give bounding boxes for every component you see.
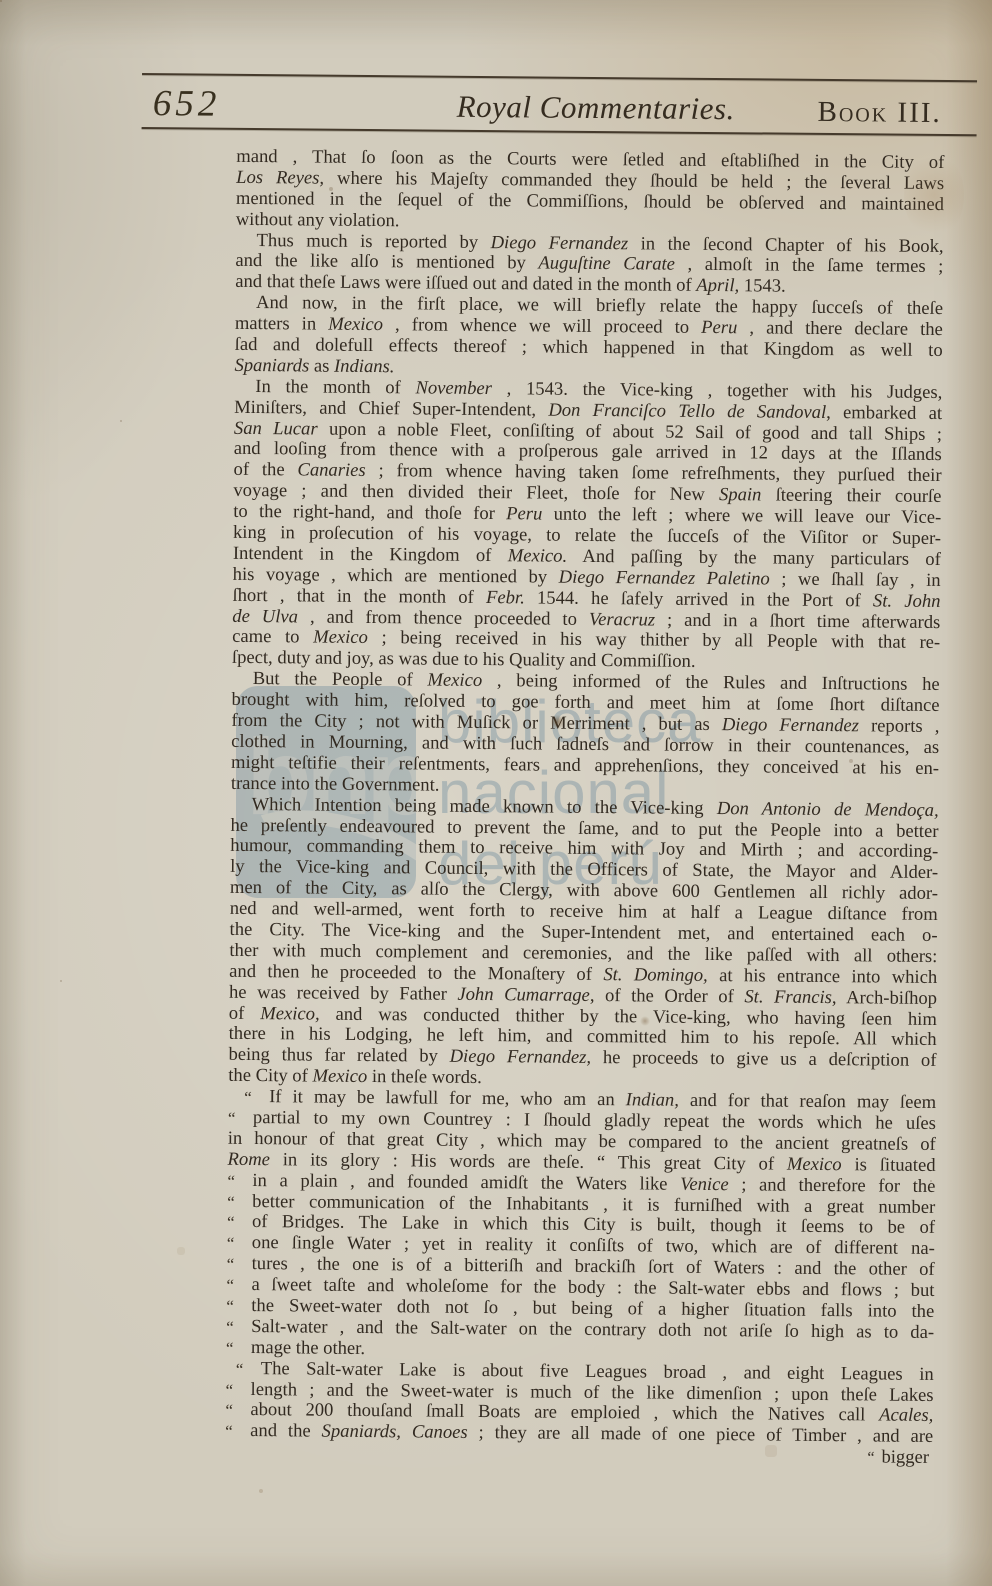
- italic-text-run: Mexico: [328, 314, 383, 335]
- text-run: , embarked at: [826, 402, 942, 424]
- hanging-quote-mark: “: [226, 1359, 244, 1380]
- text-run: mage the other.: [251, 1337, 365, 1359]
- italic-text-run: April,: [696, 275, 739, 296]
- italic-text-run: Spain: [719, 484, 762, 505]
- text-run: ; and in a ſhort time afterwards: [655, 609, 940, 632]
- italic-text-run: Spaniards: [234, 355, 309, 377]
- text-run: Miniſters, and Chief Super-Intendent,: [234, 397, 548, 421]
- italic-text-run: San Lucar: [234, 417, 318, 439]
- text-run: is ſituated: [842, 1154, 936, 1176]
- italic-text-run: Don Antonio de Mendoça,: [717, 798, 939, 821]
- text-run: to the right-hand, and thoſe for: [233, 501, 506, 524]
- text-run: trance into the Government.: [231, 773, 440, 796]
- running-title: Royal Commentaries.: [296, 87, 896, 128]
- text-run: in theſe words.: [367, 1066, 482, 1088]
- catchword-word: bigger: [881, 1447, 929, 1468]
- text-run: , Arch-biſhop: [832, 987, 937, 1009]
- text-run: ſhort , that in the month of: [232, 585, 486, 608]
- hanging-quote-mark: “: [227, 1234, 235, 1255]
- italic-text-run: Veracruz: [589, 609, 655, 631]
- text-run: ; they are all made of one piece of Timb…: [468, 1422, 934, 1447]
- italic-text-run: St. John: [873, 590, 941, 612]
- hanging-quote-mark: “: [227, 1213, 235, 1234]
- text-run: and for that reaſon may ſeem: [679, 1090, 936, 1113]
- hanging-quote-mark: “: [226, 1339, 234, 1360]
- text-run: In the month of: [255, 376, 415, 398]
- text-run: he proceeds to give us a deſcription of: [591, 1047, 937, 1071]
- paragraph: “The Salt-water Lake is about five Leagu…: [225, 1358, 934, 1448]
- text-run: being thus far related by: [228, 1044, 449, 1067]
- italic-text-run: Los Reyes,: [236, 167, 324, 189]
- italic-text-run: Mexico: [313, 627, 368, 648]
- italic-text-run: Diego Fernandez: [722, 714, 859, 736]
- italic-text-run: Diego Fernandez,: [450, 1046, 592, 1068]
- italic-text-run: Mexico: [787, 1153, 842, 1174]
- text-run: as: [309, 355, 334, 376]
- italic-text-run: Diego Fernandez: [491, 232, 629, 254]
- text-run: at his entrance into which: [708, 965, 938, 988]
- text-run: , almoſt in the ſame termes ;: [675, 254, 944, 277]
- italic-text-run: Don Franciſco Tello de Sandoval: [548, 399, 826, 422]
- paragraph: mand , That ſo ſoon as the Courts were ſ…: [236, 147, 945, 237]
- book-page-scan: bnp biblioteca nacional del perú 652 Roy…: [0, 0, 992, 1586]
- text-run: , and from thence proceeded to: [298, 606, 589, 630]
- header-rule-top: [142, 73, 977, 83]
- italic-text-run: November: [415, 377, 492, 399]
- hanging-quote-mark: “: [227, 1171, 235, 1192]
- text-run: 1543.: [739, 276, 786, 297]
- paper-freckles: [0, 0, 2, 2]
- paragraph: “If it may be lawfull for me, who am an …: [226, 1087, 936, 1365]
- hanging-quote-mark: “: [228, 1088, 252, 1109]
- italic-text-run: Canaries: [297, 460, 365, 482]
- hanging-quote-mark: “: [225, 1380, 233, 1401]
- text-run: ſteering their courſe: [761, 485, 941, 508]
- text-run: Intendent in the Kingdom of: [233, 543, 508, 566]
- hanging-quote-mark: “: [226, 1297, 234, 1318]
- hanging-quote-mark: “: [227, 1192, 235, 1213]
- text-run: without any violation.: [236, 209, 400, 231]
- italic-text-run: John Cumarrage: [457, 983, 590, 1005]
- italic-text-run: Acales,: [879, 1405, 933, 1426]
- text-run: ; we ſhall ſay , in: [770, 568, 941, 590]
- text-run: reports ,: [859, 715, 940, 737]
- paragraph: Thus much is reported by Diego Fernandez…: [235, 230, 944, 299]
- page-content: 652 Royal Commentaries. Book III. mand ,…: [0, 0, 992, 1586]
- text-run: and the: [250, 1420, 322, 1442]
- text-run: came to: [232, 626, 313, 648]
- paragraph: And now, in the firſt place, we will bri…: [234, 293, 943, 383]
- text-run: matters in: [235, 313, 329, 335]
- italic-text-run: Mexico: [312, 1066, 367, 1087]
- text-run: , from whence we will proceed to: [383, 314, 701, 338]
- italic-text-run: Diego Fernandez Paletino: [559, 566, 770, 589]
- hanging-quote-mark: “: [226, 1276, 234, 1297]
- text-run: , and there declare the: [737, 317, 943, 340]
- italic-text-run: Rome: [227, 1149, 270, 1170]
- text-run: Thus much is reported by: [257, 230, 491, 253]
- text-run: , of the Order of: [590, 985, 745, 1007]
- page-number: 652: [153, 82, 221, 126]
- italic-text-run: Mexico: [427, 670, 482, 691]
- italic-text-run: Mexico.: [508, 545, 568, 567]
- text-run: the City of: [228, 1065, 312, 1087]
- hanging-quote-mark: “: [228, 1109, 236, 1130]
- text-run: in the ſecond Chapter of his Book,: [628, 233, 944, 257]
- italic-text-run: Venice: [680, 1173, 729, 1194]
- hanging-quote-mark: “: [226, 1318, 234, 1339]
- italic-text-run: Febr.: [486, 587, 525, 608]
- text-run: But the People of: [253, 668, 428, 691]
- book-label: Book III.: [817, 96, 941, 130]
- hanging-quote-mark: “: [225, 1422, 233, 1443]
- text-run: ; and therefore for the: [729, 1174, 936, 1197]
- text-run: he was received by Father: [229, 981, 458, 1004]
- text-run: and the like alſo is mentioned by: [235, 250, 538, 274]
- text-run: of the: [234, 459, 298, 481]
- italic-text-run: Auguſtine Carate: [538, 253, 675, 275]
- text-run: his voyage , which are mentioned by: [233, 564, 559, 588]
- paragraph: In the month of November , 1543. the Vic…: [232, 377, 943, 676]
- text-block: mand , That ſo ſoon as the Courts were ſ…: [225, 147, 944, 1470]
- italic-text-run: Indians.: [334, 356, 395, 378]
- italic-text-run: Spaniards, Canoes: [322, 1421, 468, 1443]
- paragraph: Which Intention being made known to the …: [228, 794, 939, 1093]
- paragraph: But the People of Mexico , being informe…: [231, 669, 940, 801]
- hanging-quote-mark: “: [227, 1255, 235, 1276]
- italic-text-run: Indian,: [626, 1089, 679, 1110]
- italic-text-run: Mexico,: [260, 1003, 320, 1025]
- italic-text-run: St. Domingo,: [603, 964, 708, 986]
- hanging-quote-mark: “: [225, 1401, 233, 1422]
- italic-text-run: St. Francis: [744, 986, 832, 1008]
- italic-text-run: Peru: [701, 317, 737, 338]
- text-run: of: [229, 1002, 261, 1023]
- catchword-quote-mark: “: [867, 1450, 874, 1467]
- italic-text-run: Peru: [506, 503, 542, 524]
- italic-text-run: de Ulva: [232, 605, 298, 627]
